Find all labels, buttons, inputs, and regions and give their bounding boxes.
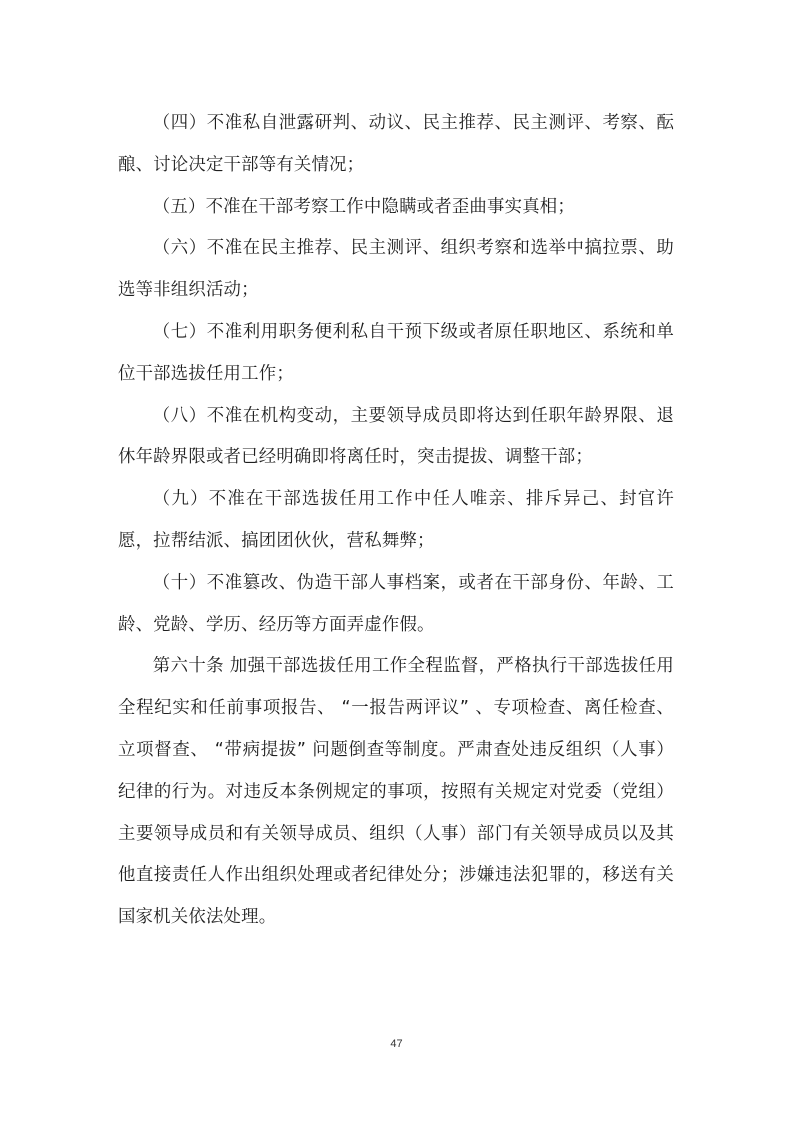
clause-9: （九）不准在干部选拔任用工作中任人唯亲、排斥异己、封官许愿，拉帮结派、搞团团伙伙… (118, 479, 674, 563)
clause-6: （六）不准在民主推荐、民主测评、组织考察和选举中搞拉票、助选等非组织活动； (118, 228, 674, 312)
clause-4: （四）不准私自泄露研判、动议、民主推荐、民主测评、考察、酝酿、讨论决定干部等有关… (118, 103, 674, 187)
article-60: 第六十条 加强干部选拔任用工作全程监督，严格执行干部选拔任用全程纪实和任前事项报… (118, 646, 674, 939)
clause-7: （七）不准利用职务便利私自干预下级或者原任职地区、系统和单位干部选拔任用工作； (118, 312, 674, 396)
clause-10: （十）不准篡改、伪造干部人事档案，或者在干部身份、年龄、工龄、党龄、学历、经历等… (118, 563, 674, 647)
page-number: 47 (0, 1038, 793, 1050)
clause-5: （五）不准在干部考察工作中隐瞒或者歪曲事实真相； (118, 187, 674, 229)
document-body: （四）不准私自泄露研判、动议、民主推荐、民主测评、考察、酝酿、讨论决定干部等有关… (118, 103, 674, 939)
clause-8: （八）不准在机构变动，主要领导成员即将达到任职年龄界限、退休年龄界限或者已经明确… (118, 396, 674, 480)
